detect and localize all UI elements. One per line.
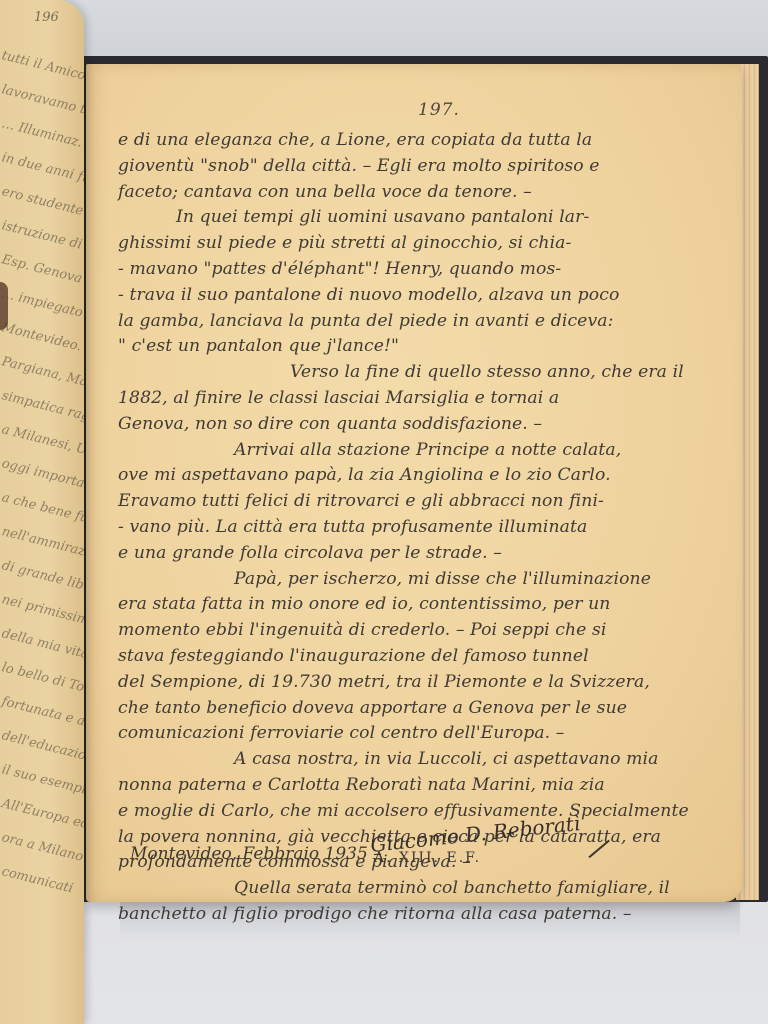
background-surface bbox=[60, 0, 768, 62]
place-date: Montevideo, Febbraio 1935 – bbox=[130, 844, 382, 864]
left-page-line: oggi importante bbox=[0, 456, 84, 496]
left-page-line: ora a Milano bbox=[0, 830, 84, 865]
text-line: stava festeggiando l'inaugurazione del f… bbox=[118, 644, 728, 670]
text-line: Arrivai alla stazione Principe a notte c… bbox=[118, 438, 728, 464]
left-page-line: dell'educazione bbox=[0, 728, 84, 767]
text-line: nonna paterna e Carlotta Reboratì nata M… bbox=[118, 773, 728, 799]
left-page-line: comunicati bbox=[0, 864, 74, 896]
text-line: In quei tempi gli uomini usavano pantalo… bbox=[118, 205, 728, 231]
text-line: e di una eleganza che, a Lione, era copi… bbox=[118, 128, 728, 154]
handwritten-text: e di una eleganza che, a Lione, era copi… bbox=[118, 128, 728, 928]
left-page-line: All'Europa ed bbox=[0, 796, 84, 832]
text-line: A casa nostra, in via Luccoli, ci aspett… bbox=[118, 747, 728, 773]
left-page-line: Esp. Genova – bbox=[0, 252, 84, 289]
thumb-holding-page bbox=[0, 282, 8, 330]
text-line: la gamba, lanciava la punta del piede in… bbox=[118, 309, 728, 335]
text-line: e moglie di Carlo, che mi accolsero effu… bbox=[118, 799, 728, 825]
text-line: Quella serata terminò col banchetto fami… bbox=[118, 876, 728, 902]
left-page-line: a che bene fu bbox=[0, 490, 84, 526]
page-number: 197. bbox=[418, 100, 460, 120]
text-line: momento ebbi l'ingenuità di crederlo. – … bbox=[118, 618, 728, 644]
text-line: - trava il suo pantalone di nuovo modell… bbox=[118, 283, 728, 309]
facing-page-left: 196 tutti il Amicolo fra le lavoravamo t… bbox=[0, 0, 84, 1024]
text-line: Eravamo tutti felici di ritrovarci e gli… bbox=[118, 489, 728, 515]
text-line: comunicazioni ferroviarie col centro del… bbox=[118, 721, 728, 747]
left-page-line: nei primissimi bbox=[0, 592, 84, 629]
left-page-line: il suo esempio bbox=[0, 762, 84, 799]
text-line: Verso la fine di quello stesso anno, che… bbox=[118, 360, 728, 386]
left-page-line: a Milanesi, U… bbox=[0, 422, 84, 461]
text-line: e una grande folla circolava per le stra… bbox=[118, 541, 728, 567]
text-line: ghissimi sul piede e più stretti al gino… bbox=[118, 231, 728, 257]
text-line: faceto; cantava con una bella voce da te… bbox=[118, 180, 728, 206]
left-page-number: 196 bbox=[34, 10, 59, 25]
text-line: " c'est un pantalon que j'lance!" bbox=[118, 334, 728, 360]
text-line: gioventù "snob" della città. – Egli era … bbox=[118, 154, 728, 180]
fascist-era-date: A. XIII. E.F. bbox=[374, 850, 481, 866]
text-line: ove mi aspettavano papà, la zia Angiolin… bbox=[118, 463, 728, 489]
left-page-line: della mia vita bbox=[0, 626, 84, 662]
left-page-line: di grande libertà bbox=[0, 558, 84, 599]
text-line: era stata fatta in mio onore ed io, cont… bbox=[118, 592, 728, 618]
text-line: del Sempione, di 19.730 metri, tra il Pi… bbox=[118, 670, 728, 696]
text-line: 1882, al finire le classi lasciai Marsig… bbox=[118, 386, 728, 412]
text-line: Papà, per ischerzo, mi disse che l'illum… bbox=[118, 567, 728, 593]
text-line: - mavano "pattes d'éléphant"! Henry, qua… bbox=[118, 257, 728, 283]
text-line: banchetto al figlio prodigo che ritorna … bbox=[118, 902, 728, 928]
text-line: - vano più. La città era tutta profusame… bbox=[118, 515, 728, 541]
text-line: Genova, non so dire con quanta soddisfaz… bbox=[118, 412, 728, 438]
text-line: che tanto beneficio doveva apportare a G… bbox=[118, 696, 728, 722]
